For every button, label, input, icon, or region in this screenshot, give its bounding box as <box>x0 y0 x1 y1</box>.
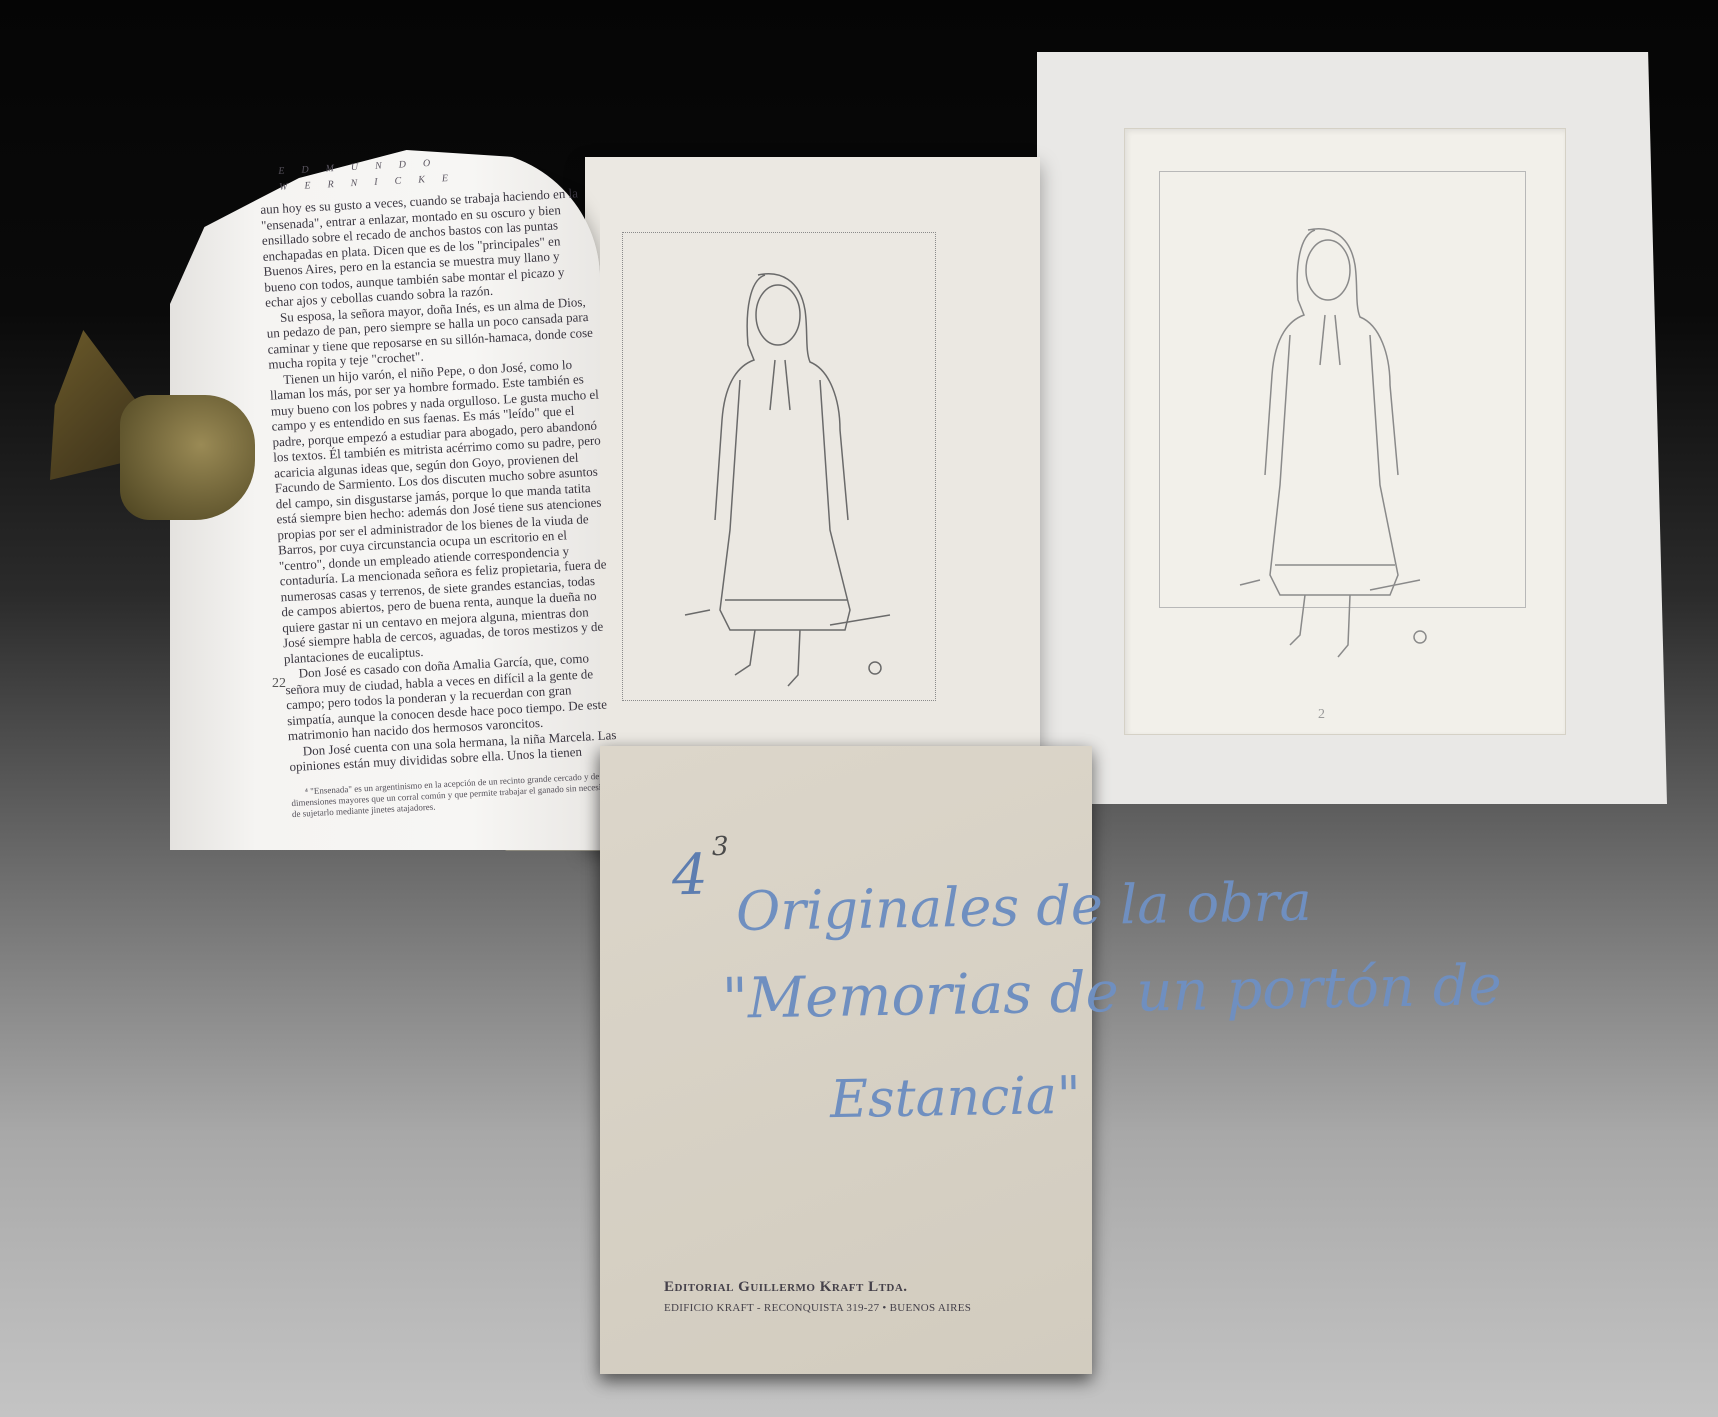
pencil-note: 2 <box>1318 707 1325 723</box>
publisher-address: EDIFICIO KRAFT - RECONQUISTA 319-27 • BU… <box>664 1302 971 1314</box>
handwritten-line-1: Originales de la obra <box>735 870 1312 943</box>
handwritten-number: 4 <box>671 843 708 909</box>
publisher-name: Editorial Guillermo Kraft Ltda. <box>664 1279 908 1296</box>
handwritten-line-2: "Memorias de un portón de <box>721 953 1502 1032</box>
handwritten-line-3: Estancia" <box>829 1066 1081 1130</box>
woman-sketch-original <box>1220 225 1450 670</box>
handwritten-superscript: 3 <box>712 832 729 862</box>
paragraph: aun hoy es su gusto a veces, cuando se t… <box>260 185 595 311</box>
brass-hand-clip <box>120 395 255 520</box>
woman-sketch-plate <box>670 270 910 690</box>
paragraph: Tienen un hijo varón, el niño Pepe, o do… <box>269 355 614 666</box>
book-page-text: EDMUNDO WERNICKE aun hoy es su gusto a v… <box>258 148 622 820</box>
page-number: 22 <box>272 676 286 692</box>
